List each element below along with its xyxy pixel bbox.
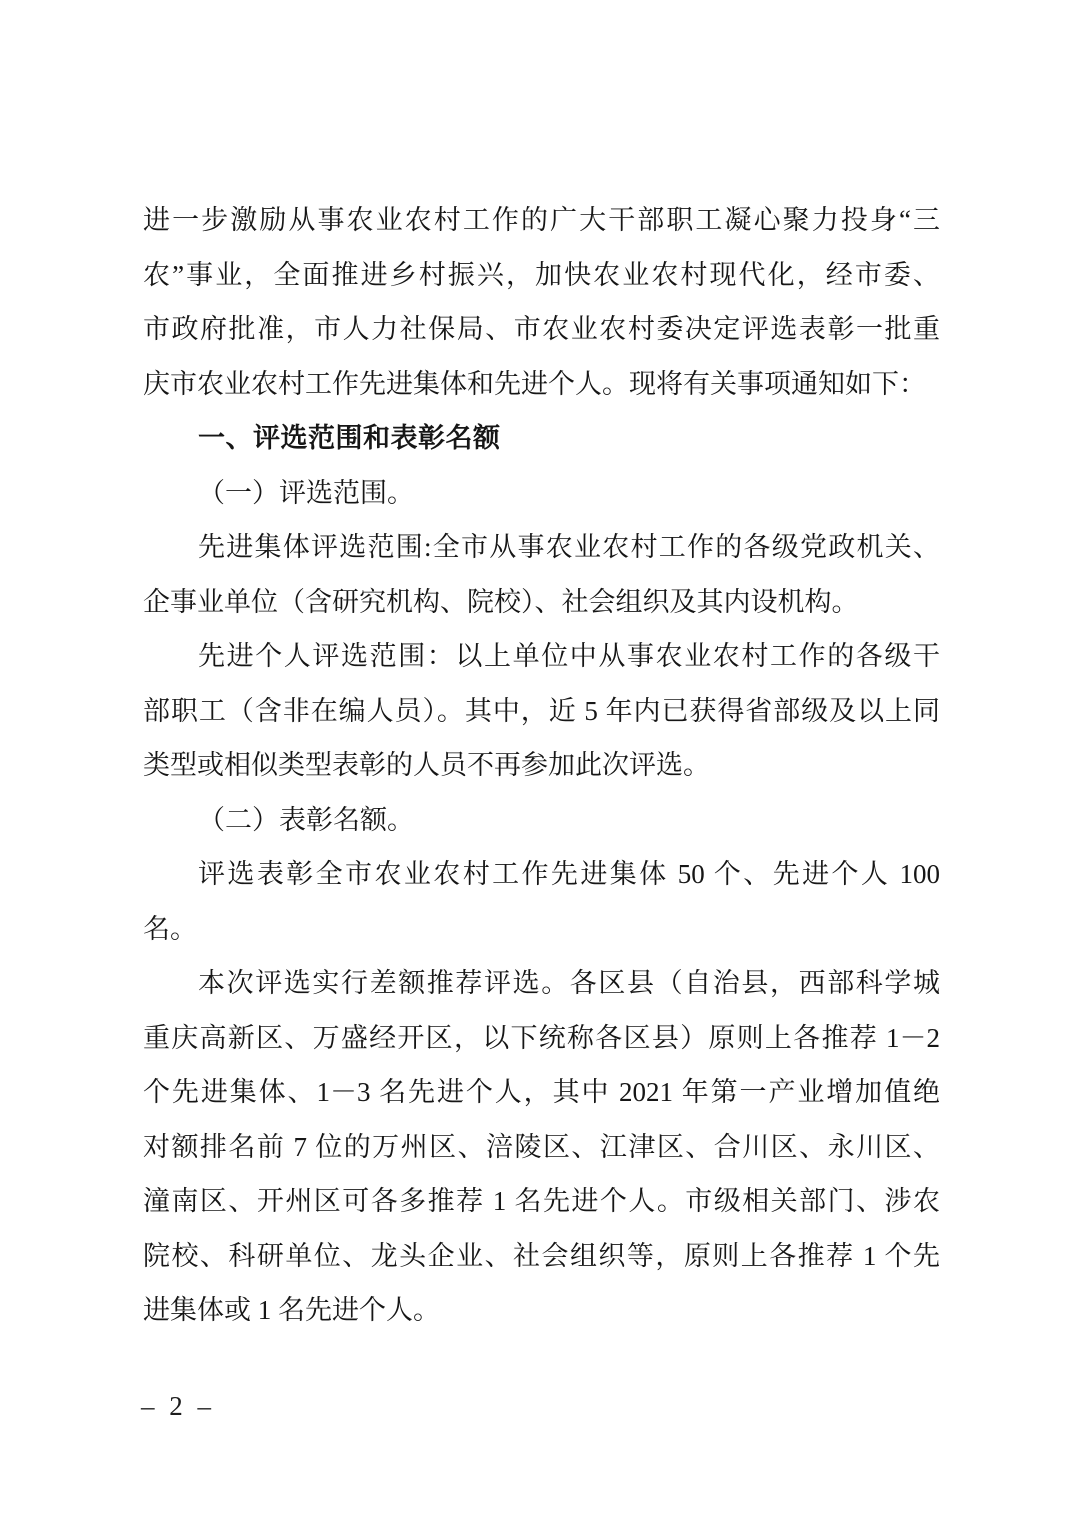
section-heading-1: 一、评选范围和表彰名额: [143, 411, 940, 466]
document-body: 进一步激励从事农业农村工作的广大干部职工凝心聚力投身“三 农”事业，全面推进乡村…: [143, 193, 940, 1338]
page-number: – 2 –: [141, 1386, 215, 1426]
text-line: 进一步激励从事农业农村工作的广大干部职工凝心聚力投身“三: [143, 193, 940, 248]
text-line: 部职工（含非在编人员）。其中，近 5 年内已获得省部级及以上同: [143, 684, 940, 739]
text-line: 先进个人评选范围：以上单位中从事农业农村工作的各级干: [143, 629, 940, 684]
text-line: 本次评选实行差额推荐评选。各区县（自治县，西部科学城: [143, 956, 940, 1011]
text-line: 农”事业，全面推进乡村振兴，加快农业农村现代化，经市委、: [143, 248, 940, 303]
text-line: 对额排名前 7 位的万州区、涪陵区、江津区、合川区、永川区、: [143, 1120, 940, 1175]
section-heading-2: （二）表彰名额。: [143, 793, 940, 848]
text-line: 潼南区、开州区可各多推荐 1 名先进个人。市级相关部门、涉农: [143, 1174, 940, 1229]
text-line: 进集体或 1 名先进个人。: [143, 1283, 940, 1338]
text-line: 评选表彰全市农业农村工作先进集体 50 个、先进个人 100: [143, 847, 940, 902]
document-page: 进一步激励从事农业农村工作的广大干部职工凝心聚力投身“三 农”事业，全面推进乡村…: [0, 0, 1074, 1520]
text-line: 重庆高新区、万盛经开区，以下统称各区县）原则上各推荐 1－2: [143, 1011, 940, 1066]
text-line: 市政府批准，市人力社保局、市农业农村委决定评选表彰一批重: [143, 302, 940, 357]
text-line: 先进集体评选范围:全市从事农业农村工作的各级党政机关、: [143, 520, 940, 575]
text-line: 企事业单位（含研究机构、院校）、社会组织及其内设机构。: [143, 575, 940, 630]
section-heading-2: （一）评选范围。: [143, 466, 940, 521]
text-line: 类型或相似类型表彰的人员不再参加此次评选。: [143, 738, 940, 793]
text-line: 庆市农业农村工作先进集体和先进个人。现将有关事项通知如下：: [143, 357, 940, 412]
text-line: 名。: [143, 902, 940, 957]
text-line: 院校、科研单位、龙头企业、社会组织等，原则上各推荐 1 个先: [143, 1229, 940, 1284]
text-line: 个先进集体、1－3 名先进个人，其中 2021 年第一产业增加值绝: [143, 1065, 940, 1120]
